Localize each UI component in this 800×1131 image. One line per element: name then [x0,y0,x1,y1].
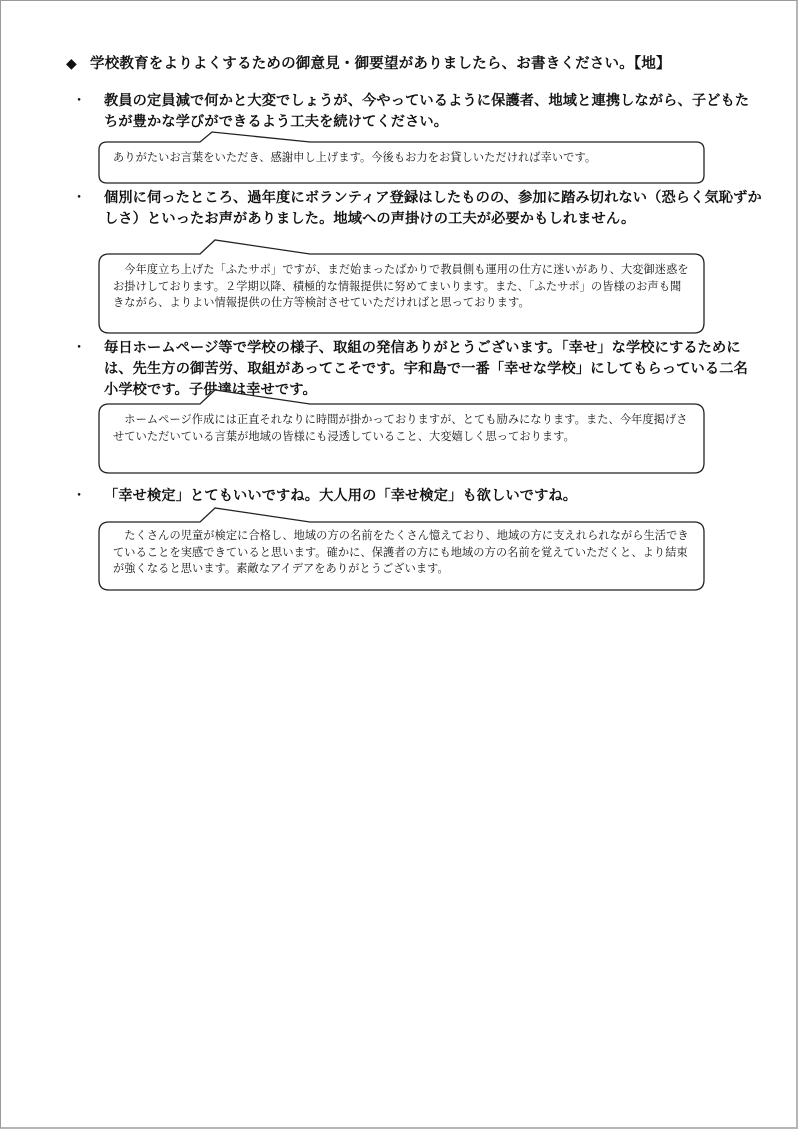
bullet-icon: ・ [72,188,84,209]
comment-text: 教員の定員減で何かと大変でしょうが、今やっているように保護者、地域と連携しながら… [104,91,762,133]
reply-text: ホームページ作成には正直それなりに時間が掛かっておりますが、とても励みになります… [99,404,704,445]
parent-comment-4: ・ 「幸せ検定」とてもいいですね。大人用の「幸せ検定」も欲しいですね。 [72,486,762,507]
reply-text: ありがたいお言葉をいただき、感謝申し上げます。今後もお力をお貸しいただければ幸い… [99,142,704,167]
reply-callout-2: 今年度立ち上げた「ふたサポ」ですが、まだ始まったばかりで教員側も運用の仕方に迷い… [99,254,704,333]
parent-comment-2: ・ 個別に伺ったところ、過年度にボランティア登録はしたものの、参加に踏み切れない… [72,188,762,230]
bullet-icon: ・ [72,338,84,359]
bullet-icon: ・ [72,91,84,112]
reply-callout-3: ホームページ作成には正直それなりに時間が掛かっておりますが、とても励みになります… [99,404,704,473]
comment-text: 個別に伺ったところ、過年度にボランティア登録はしたものの、参加に踏み切れない（恐… [104,188,762,230]
diamond-bullet-icon: ◆ [66,56,90,72]
parent-comment-1: ・ 教員の定員減で何かと大変でしょうが、今やっているように保護者、地域と連携しな… [72,91,762,133]
heading-text: 学校教育をよりよくするための御意見・御要望がありましたら、お書きください。【地】 [90,56,671,72]
reply-callout-4: たくさんの児童が検定に合格し、地域の方の名前をたくさん憶えており、地域の方に支え… [99,522,704,590]
reply-callout-1: ありがたいお言葉をいただき、感謝申し上げます。今後もお力をお貸しいただければ幸い… [99,142,704,183]
reply-text: たくさんの児童が検定に合格し、地域の方の名前をたくさん憶えており、地域の方に支え… [99,522,704,578]
section-heading: ◆学校教育をよりよくするための御意見・御要望がありましたら、お書きください。【地… [66,52,671,73]
comment-text: 「幸せ検定」とてもいいですね。大人用の「幸せ検定」も欲しいですね。 [104,486,762,507]
reply-text: 今年度立ち上げた「ふたサポ」ですが、まだ始まったばかりで教員側も運用の仕方に迷い… [99,254,704,312]
bullet-icon: ・ [72,486,84,507]
